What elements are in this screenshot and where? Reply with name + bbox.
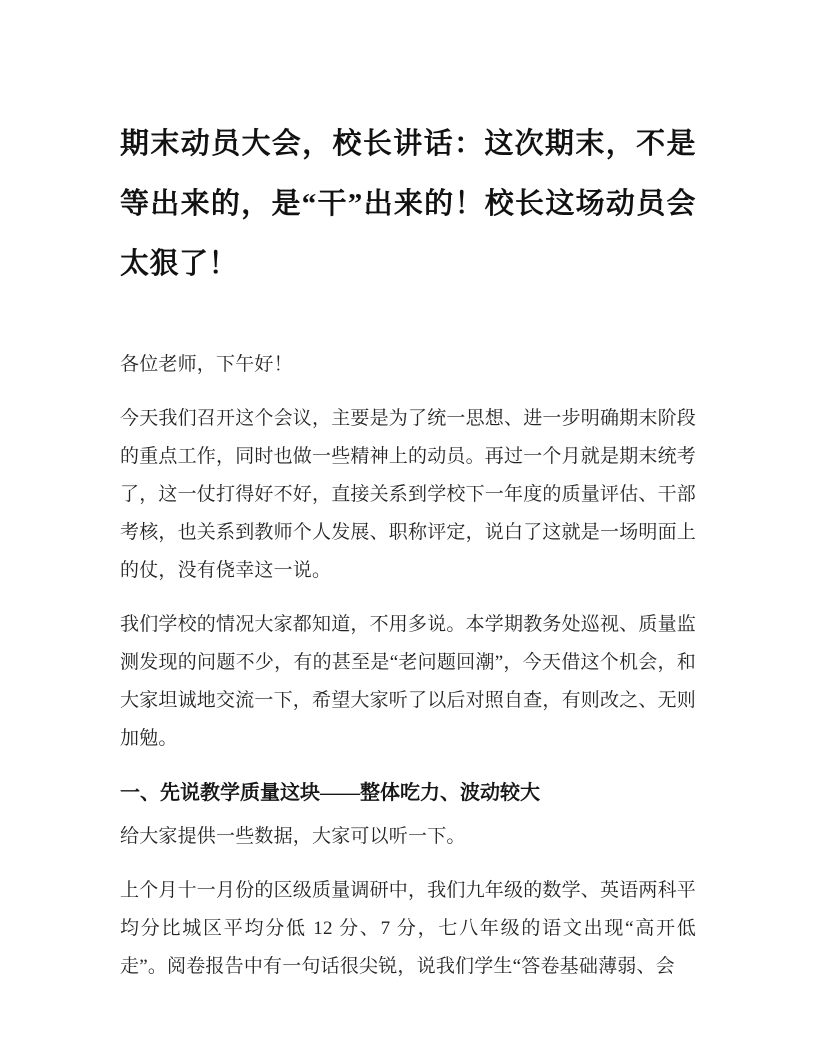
paragraph-data-lead: 给大家提供一些数据，大家可以听一下。 [120, 818, 696, 856]
paragraph-greeting: 各位老师，下午好！ [120, 346, 696, 384]
paragraph-data-detail: 上个月十一月份的区级质量调研中，我们九年级的数学、英语两科平均分比城区平均分低 … [120, 872, 696, 986]
document-title: 期末动员大会，校长讲话：这次期末，不是等出来的，是“干”出来的！校长这场动员会太… [120, 114, 696, 294]
paragraph-school-situation: 我们学校的情况大家都知道，不用多说。本学期教务处巡视、质量监测发现的问题不少，有… [120, 606, 696, 758]
document-page: 期末动员大会，校长讲话：这次期末，不是等出来的，是“干”出来的！校长这场动员会太… [0, 0, 816, 1056]
section-heading-teaching-quality: 一、先说教学质量这块——整体吃力、波动较大 [120, 774, 696, 812]
paragraph-meeting-purpose: 今天我们召开这个会议，主要是为了统一思想、进一步明确期末阶段的重点工作，同时也做… [120, 400, 696, 590]
